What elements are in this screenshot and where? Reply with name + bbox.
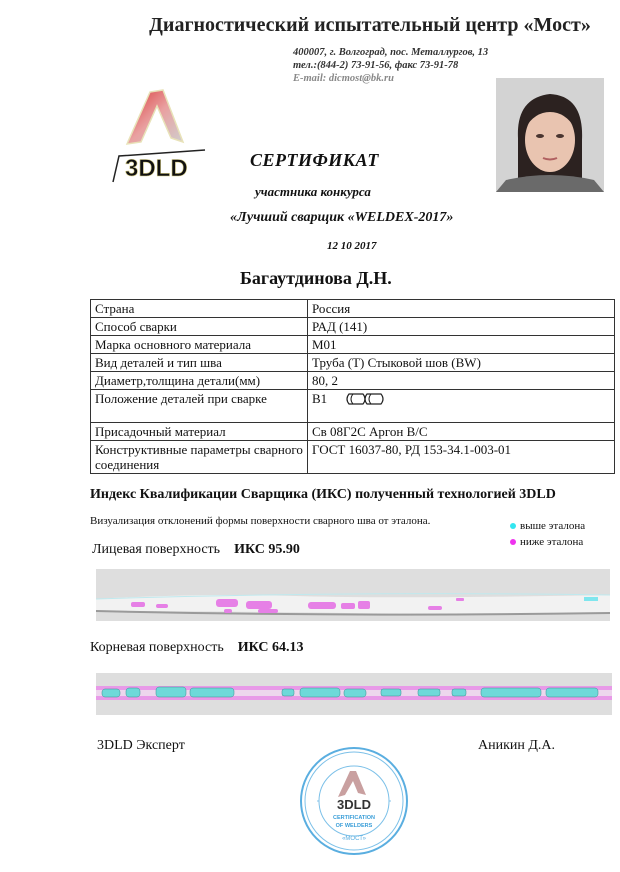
visualization-note: Визуализация отклонений формы поверхност… — [90, 515, 430, 527]
svg-text:CERTIFICATION: CERTIFICATION — [333, 815, 375, 821]
table-row: Диаметр,толщина детали(мм)80, 2 — [91, 372, 615, 390]
row-label: Положение деталей при сварке — [91, 390, 308, 423]
magenta-dot-icon — [510, 539, 516, 545]
row-value: 80, 2 — [308, 372, 615, 390]
email-line: E-mail: dicmost@bk.ru — [293, 72, 488, 85]
row-value: Св 08Г2С Аргон В/С — [308, 423, 615, 441]
address-block: 400007, г. Волгоград, пос. Металлургов, … — [293, 46, 488, 85]
organization-title: Диагностический испытательный центр «Мос… — [0, 14, 620, 37]
row-label: Марка основного материала — [91, 336, 308, 354]
cyan-dot-icon — [510, 523, 516, 529]
svg-text:OF WELDERS: OF WELDERS — [336, 823, 373, 829]
row-value: ГОСТ 16037-80, РД 153-34.1-003-01 — [308, 441, 615, 474]
row-value: Россия — [308, 300, 615, 318]
row-value: РАД (141) — [308, 318, 615, 336]
iks-title: Индекс Квалификации Сварщика (ИКС) получ… — [90, 487, 556, 503]
root-surface-label: Корневая поверхностьИКС 64.13 — [90, 640, 304, 656]
table-row: Марка основного материалаМ01 — [91, 336, 615, 354]
3dld-logo: 3DLD — [105, 84, 215, 184]
certificate-subtitle: участника конкурса — [255, 184, 371, 200]
row-label: Конструктивные параметры сварного соедин… — [91, 441, 308, 474]
certificate-date: 12 10 2017 — [327, 240, 377, 252]
certificate-title: СЕРТИФИКАТ — [250, 150, 379, 171]
table-row: СтранаРоссия — [91, 300, 615, 318]
table-row: Присадочный материалСв 08Г2С Аргон В/С — [91, 423, 615, 441]
face-surface-label: Лицевая поверхностьИКС 95.90 — [92, 542, 300, 558]
table-row: Положение деталей при сваркеВ1 — [91, 390, 615, 423]
participant-photo — [496, 78, 604, 192]
legend: выше эталона ниже эталона — [510, 518, 585, 550]
table-row: Вид деталей и тип шваТруба (Т) Стыковой … — [91, 354, 615, 372]
contest-name: «Лучший сварщик «WELDEX-2017» — [230, 210, 453, 226]
table-row: Конструктивные параметры сварного соедин… — [91, 441, 615, 474]
row-label: Присадочный материал — [91, 423, 308, 441]
row-label: Способ сварки — [91, 318, 308, 336]
face-weld-visualization — [96, 569, 610, 621]
phone-line: тел.:(844-2) 73-91-56, факс 73-91-78 — [293, 59, 488, 72]
signer-name: Аникин Д.А. — [478, 738, 555, 754]
face-iks-score: ИКС 95.90 — [234, 542, 300, 557]
pipe-joint-icon — [345, 392, 385, 409]
root-iks-score: ИКС 64.13 — [238, 640, 304, 655]
row-value: М01 — [308, 336, 615, 354]
legend-item-below: ниже эталона — [510, 534, 585, 550]
welding-info-table: СтранаРоссияСпособ сваркиРАД (141)Марка … — [90, 299, 615, 474]
expert-label: 3DLD Эксперт — [97, 738, 185, 754]
address-line: 400007, г. Волгоград, пос. Металлургов, … — [293, 46, 488, 59]
row-value: В1 — [308, 390, 615, 423]
table-row: Способ сваркиРАД (141) — [91, 318, 615, 336]
row-value: Труба (Т) Стыковой шов (BW) — [308, 354, 615, 372]
participant-name: Багаутдинова Д.Н. — [240, 268, 392, 289]
stamp-seal-icon: 3DLD CERTIFICATION OF WELDERS «МОСТ» — [298, 745, 410, 857]
svg-text:«МОСТ»: «МОСТ» — [342, 836, 367, 842]
row-label: Вид деталей и тип шва — [91, 354, 308, 372]
row-label: Диаметр,толщина детали(мм) — [91, 372, 308, 390]
stamp-text: 3DLD — [337, 797, 371, 812]
logo-text: 3DLD — [125, 155, 188, 182]
legend-item-above: выше эталона — [510, 518, 585, 534]
root-weld-visualization — [96, 673, 612, 715]
row-label: Страна — [91, 300, 308, 318]
